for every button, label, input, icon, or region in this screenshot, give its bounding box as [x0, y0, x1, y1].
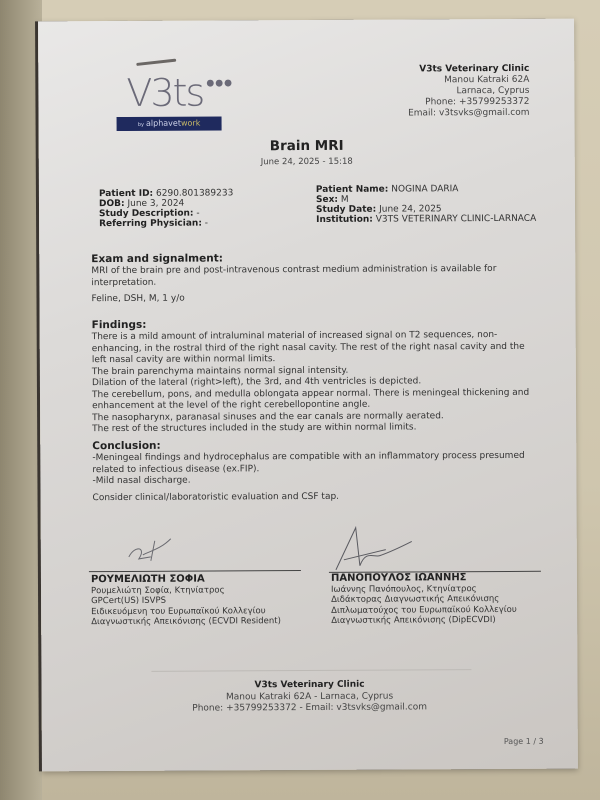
- info-row: Referring Physician: -: [99, 218, 233, 229]
- logo-band: byalphavetwork: [117, 116, 222, 131]
- logo-dots: ●●●: [206, 78, 233, 88]
- signature-scrawl-2: [326, 519, 416, 574]
- signature-scrawl-1: [121, 531, 181, 571]
- info-row: Patient ID: 6290.801389233: [99, 188, 233, 199]
- clinic-phone: Phone: +35799253372: [408, 97, 530, 109]
- conclusion-heading: Conclusion:: [92, 440, 160, 452]
- logo-band-brand: alphavet: [146, 119, 181, 128]
- clinic-name: V3ts Veterinary Clinic: [408, 64, 530, 76]
- logo-band-work: work: [181, 119, 200, 128]
- logo-band-by: by: [138, 122, 144, 128]
- page-indicator: Page 1 / 3: [504, 737, 544, 746]
- footer-contact: Phone: +35799253372 - Email: v3tsvks@gma…: [42, 702, 578, 716]
- exam-heading: Exam and signalment:: [91, 252, 223, 265]
- patient-info-right: Patient Name: NOGINA DARIA Sex: M Study …: [316, 184, 536, 225]
- exam-text: MRI of the brain pre and post-intravenou…: [91, 264, 541, 289]
- report-title: Brain MRI: [39, 137, 575, 156]
- background-surface: [0, 0, 42, 800]
- conclusion-text: -Meningeal findings and hydrocephalus ar…: [92, 451, 547, 488]
- clinic-address-1: Manou Katraki 62A: [408, 75, 530, 87]
- patient-info-left: Patient ID: 6290.801389233 DOB: June 3, …: [99, 188, 234, 229]
- info-row: DOB: June 3, 2024: [99, 198, 233, 209]
- clinic-logo: V3ts ●●● byalphavetwork: [106, 58, 226, 139]
- staple-icon: [136, 59, 176, 66]
- signature-block-2: ΠΑΝΟΠΟΥΛΟΣ ΙΩΑΝΝΗΣ Ιωάννης Πανόπουλος, Κ…: [331, 573, 517, 626]
- info-row: Study Description: -: [99, 208, 233, 219]
- clinic-address-2: Larnaca, Cyprus: [408, 86, 530, 98]
- recommendation: Consider clinical/laboratoristic evaluat…: [93, 491, 543, 505]
- signature-block-1: ΡΟΥΜΕΛΙΩΤΗ ΣΟΦΙΑ Ρουμελιώτη Σοφία, Κτηνί…: [91, 574, 281, 627]
- footer-divider: [151, 669, 471, 672]
- info-row: Institution: V3TS VETERINARY CLINIC-LARN…: [316, 214, 536, 225]
- findings-text: There is a mild amount of intraluminal m…: [92, 330, 548, 436]
- footer: V3ts Veterinary Clinic Manou Katraki 62A…: [41, 679, 577, 716]
- signalment: Feline, DSH, M, 1 y/o: [91, 292, 541, 306]
- clinic-email: Email: v3tsvks@gmail.com: [408, 108, 530, 120]
- report-datetime: June 24, 2025 - 15:18: [39, 156, 575, 169]
- clinic-header: V3ts Veterinary Clinic Manou Katraki 62A…: [408, 64, 530, 120]
- signature-line-1: [89, 570, 301, 572]
- report-page: V3ts ●●● byalphavetwork V3ts Veterinary …: [38, 19, 578, 772]
- findings-heading: Findings:: [92, 319, 147, 331]
- logo-mark: V3ts: [126, 71, 203, 115]
